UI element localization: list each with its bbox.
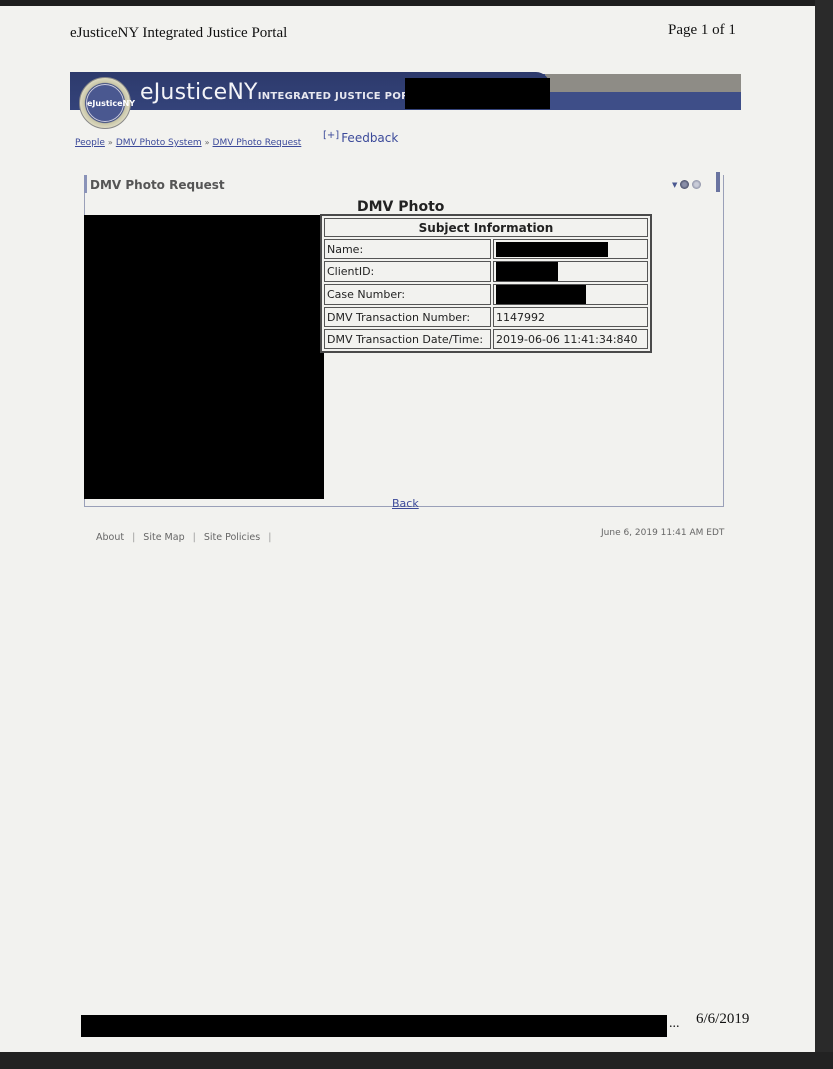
redacted-url [81, 1015, 667, 1037]
transaction-number-value: 1147992 [493, 307, 648, 327]
transaction-datetime-value: 2019-06-06 11:41:34:840 [493, 329, 648, 349]
help-icon[interactable] [680, 180, 689, 189]
footer-link-site-policies[interactable]: Site Policies [204, 532, 260, 543]
expand-icon: [+] [323, 130, 339, 141]
divider: | [193, 532, 196, 543]
table-row: ClientID: [324, 261, 648, 282]
name-value [493, 239, 648, 259]
case-number-value [493, 284, 648, 305]
breadcrumb: People»DMV Photo System»DMV Photo Reques… [75, 138, 301, 148]
dmv-photo-heading: DMV Photo [357, 199, 444, 215]
portlet-accent [84, 175, 87, 193]
feedback-label: Feedback [341, 131, 398, 145]
transaction-datetime-label: DMV Transaction Date/Time: [324, 329, 491, 349]
redaction [496, 262, 558, 281]
portlet-controls: ▼ [672, 174, 704, 192]
portlet-accent [716, 172, 720, 192]
transaction-number-label: DMV Transaction Number: [324, 307, 491, 327]
table-row: Name: [324, 239, 648, 259]
print-header-title: eJusticeNY Integrated Justice Portal [70, 25, 287, 42]
divider: | [132, 532, 135, 543]
footer-link-site-map[interactable]: Site Map [143, 532, 184, 543]
portlet-title: DMV Photo Request [90, 178, 225, 192]
brand-name: eJusticeNY [140, 80, 258, 105]
brand-subtitle: INTEGRATED JUSTICE PORTAL [258, 91, 430, 102]
redaction [496, 285, 586, 304]
feedback-link[interactable]: [+]Feedback [323, 130, 398, 145]
breadcrumb-people[interactable]: People [75, 138, 105, 148]
redacted-photo [84, 215, 324, 499]
banner-strip [545, 74, 741, 92]
case-number-label: Case Number: [324, 284, 491, 305]
clientid-value [493, 261, 648, 282]
redaction [496, 242, 608, 257]
table-row: Case Number: [324, 284, 648, 305]
print-footer-ellipsis: ... [669, 1016, 680, 1032]
breadcrumb-separator: » [205, 138, 210, 147]
back-link[interactable]: Back [392, 497, 419, 510]
scan-edge [0, 1052, 833, 1069]
brand-title: eJusticeNYINTEGRATED JUSTICE PORTAL [140, 80, 430, 105]
print-header-page: Page 1 of 1 [668, 22, 736, 39]
breadcrumb-dmv-photo-request[interactable]: DMV Photo Request [213, 138, 302, 148]
logo-text: eJusticeNY [86, 84, 124, 122]
name-label: Name: [324, 239, 491, 259]
scan-edge [815, 0, 833, 1069]
footer-links: About|Site Map|Site Policies| [96, 532, 279, 543]
footer-link-about[interactable]: About [96, 532, 124, 543]
breadcrumb-dmv-photo-system[interactable]: DMV Photo System [116, 138, 202, 148]
table-row: DMV Transaction Date/Time: 2019-06-06 11… [324, 329, 648, 349]
footer-timestamp: June 6, 2019 11:41 AM EDT [601, 528, 724, 538]
table-header: Subject Information [324, 218, 648, 237]
table-row: DMV Transaction Number: 1147992 [324, 307, 648, 327]
breadcrumb-separator: » [108, 138, 113, 147]
redaction [405, 78, 550, 109]
print-footer-date: 6/6/2019 [696, 1011, 749, 1028]
settings-icon[interactable] [692, 180, 701, 189]
subject-information-table: Subject Information Name: ClientID: Case… [320, 214, 652, 353]
clientid-label: ClientID: [324, 261, 491, 282]
minimize-icon[interactable]: ▼ [672, 181, 677, 189]
divider: | [268, 532, 271, 543]
